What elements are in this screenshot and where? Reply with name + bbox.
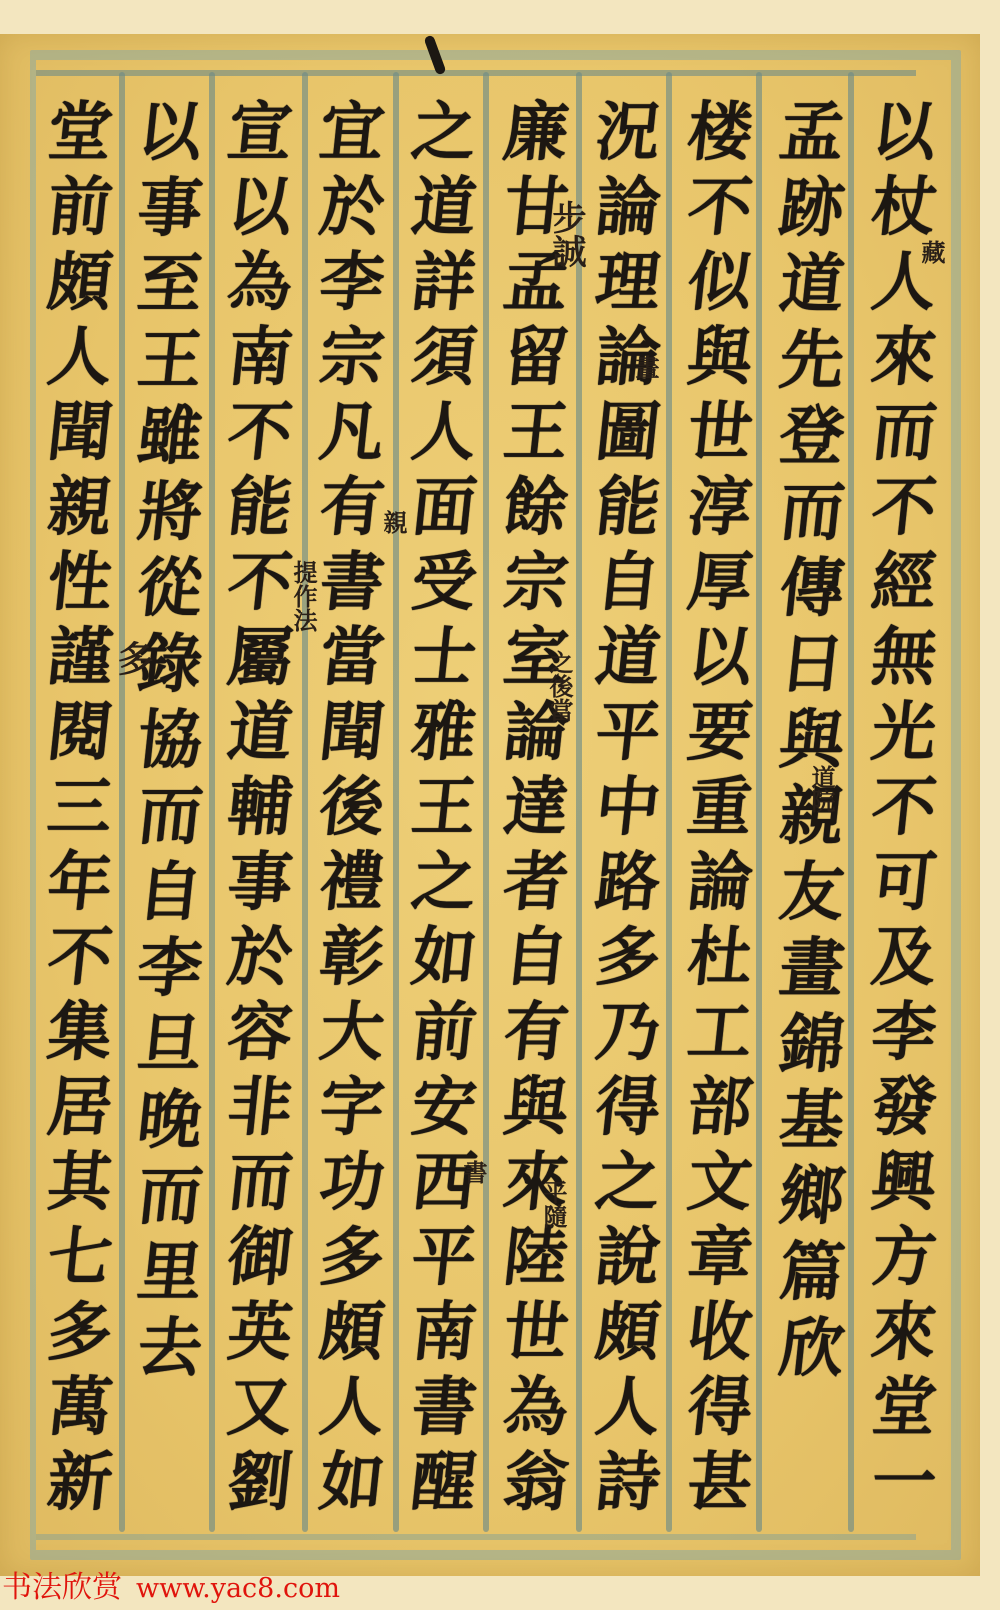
calligraphy-character: 篇 xyxy=(776,1235,848,1311)
annotation: 提作法 xyxy=(290,560,316,632)
calligraphy-character: 多 xyxy=(44,1295,116,1370)
calligraphy-character: 雅 xyxy=(408,695,480,770)
calligraphy-character: 平 xyxy=(592,695,664,770)
calligraphy-character: 多 xyxy=(592,920,664,995)
calligraphy-character: 當 xyxy=(316,620,388,695)
calligraphy-character: 平 xyxy=(408,1220,480,1295)
calligraphy-character: 日 xyxy=(776,627,848,703)
calligraphy-character: 不 xyxy=(868,470,940,545)
calligraphy-character: 世 xyxy=(684,395,756,470)
calligraphy-character: 輔 xyxy=(224,770,296,845)
calligraphy-character: 收 xyxy=(684,1295,756,1370)
calligraphy-character: 經 xyxy=(868,545,940,620)
annotation: 道院 xyxy=(808,765,834,813)
calligraphy-character: 三 xyxy=(44,770,116,845)
annotation: 親 xyxy=(380,510,406,534)
calligraphy-character: 有 xyxy=(316,470,388,545)
watermark-url: www.yac8.com xyxy=(136,1573,340,1604)
calligraphy-character: 雖 xyxy=(134,399,206,475)
calligraphy-character: 聞 xyxy=(316,695,388,770)
calligraphy-character: 功 xyxy=(316,1145,388,1220)
calligraphy-character: 屬 xyxy=(224,620,296,695)
calligraphy-character: 與 xyxy=(500,1070,572,1145)
calligraphy-character: 王 xyxy=(134,323,206,399)
calligraphy-character: 不 xyxy=(868,770,940,845)
calligraphy-character: 李 xyxy=(868,995,940,1070)
calligraphy-character: 居 xyxy=(44,1070,116,1145)
calligraphy-character: 孟 xyxy=(776,95,848,171)
calligraphy-character: 年 xyxy=(44,845,116,920)
calligraphy-character: 晚 xyxy=(134,1083,206,1159)
calligraphy-character: 要 xyxy=(684,695,756,770)
calligraphy-character: 醒 xyxy=(408,1445,480,1520)
calligraphy-character: 書 xyxy=(408,1370,480,1445)
calligraphy-character: 自 xyxy=(134,855,206,931)
calligraphy-character: 前 xyxy=(408,995,480,1070)
column-rule xyxy=(302,72,308,1532)
calligraphy-character: 為 xyxy=(500,1370,572,1445)
calligraphy-character: 而 xyxy=(134,779,206,855)
calligraphy-character: 而 xyxy=(134,1159,206,1235)
calligraphy-character: 人 xyxy=(408,395,480,470)
calligraphy-character: 南 xyxy=(224,320,296,395)
calligraphy-character: 詳 xyxy=(408,245,480,320)
calligraphy-character: 論 xyxy=(684,845,756,920)
calligraphy-character: 似 xyxy=(684,245,756,320)
calligraphy-character: 友 xyxy=(776,855,848,931)
calligraphy-character: 宣 xyxy=(224,95,296,170)
calligraphy-character: 性 xyxy=(44,545,116,620)
calligraphy-character: 人 xyxy=(44,320,116,395)
calligraphy-character: 之 xyxy=(408,845,480,920)
calligraphy-character: 厚 xyxy=(684,545,756,620)
calligraphy-character: 來 xyxy=(868,320,940,395)
calligraphy-character: 又 xyxy=(224,1370,296,1445)
calligraphy-character: 於 xyxy=(224,920,296,995)
calligraphy-character: 與 xyxy=(684,320,756,395)
calligraphy-character: 受 xyxy=(408,545,480,620)
annotation: 多 xyxy=(120,640,146,676)
calligraphy-character: 部 xyxy=(684,1070,756,1145)
calligraphy-character: 萬 xyxy=(44,1370,116,1445)
calligraphy-character: 將 xyxy=(134,475,206,551)
calligraphy-character: 非 xyxy=(224,1070,296,1145)
text-column-9: 以事至王雖將從錄協而自李旦晚而里去 xyxy=(128,95,212,1387)
calligraphy-character: 可 xyxy=(868,845,940,920)
calligraphy-character: 得 xyxy=(592,1070,664,1145)
watermark: 书法欣赏www.yac8.com xyxy=(2,1570,340,1607)
calligraphy-character: 至 xyxy=(134,247,206,323)
annotation: 書 xyxy=(460,1160,486,1184)
calligraphy-character: 登 xyxy=(776,399,848,475)
calligraphy-character: 宗 xyxy=(316,320,388,395)
calligraphy-character: 楼 xyxy=(684,95,756,170)
calligraphy-character: 無 xyxy=(868,620,940,695)
calligraphy-character: 面 xyxy=(408,470,480,545)
calligraphy-character: 道 xyxy=(776,247,848,323)
calligraphy-character: 錦 xyxy=(776,1007,848,1083)
calligraphy-character: 人 xyxy=(316,1370,388,1445)
calligraphy-character: 杜 xyxy=(684,920,756,995)
calligraphy-character: 不 xyxy=(224,395,296,470)
calligraphy-character: 及 xyxy=(868,920,940,995)
calligraphy-character: 英 xyxy=(224,1295,296,1370)
calligraphy-character: 留 xyxy=(500,320,572,395)
calligraphy-character: 不 xyxy=(224,545,296,620)
calligraphy-character: 自 xyxy=(592,545,664,620)
calligraphy-character: 詩 xyxy=(592,1445,664,1520)
calligraphy-character: 一 xyxy=(868,1445,940,1520)
calligraphy-character: 集 xyxy=(44,995,116,1070)
calligraphy-character: 御 xyxy=(224,1220,296,1295)
calligraphy-character: 而 xyxy=(224,1145,296,1220)
calligraphy-character: 而 xyxy=(776,475,848,551)
annotation: 之後當 xyxy=(546,650,572,722)
calligraphy-character: 李 xyxy=(316,245,388,320)
text-column-4: 況論理論圖能自道平中路多乃得之說頗人詩 xyxy=(586,95,670,1520)
calligraphy-character: 有 xyxy=(500,995,572,1070)
calligraphy-character: 而 xyxy=(868,395,940,470)
calligraphy-character: 說 xyxy=(592,1220,664,1295)
calligraphy-character: 以 xyxy=(134,95,206,171)
calligraphy-character: 發 xyxy=(868,1070,940,1145)
calligraphy-character: 光 xyxy=(868,695,940,770)
calligraphy-character: 士 xyxy=(408,620,480,695)
calligraphy-character: 道 xyxy=(224,695,296,770)
calligraphy-character: 從 xyxy=(134,551,206,627)
watermark-site-name: 书法欣赏 xyxy=(2,1570,122,1605)
calligraphy-character: 甚 xyxy=(684,1445,756,1520)
calligraphy-character: 鄉 xyxy=(776,1159,848,1235)
calligraphy-character: 去 xyxy=(134,1311,206,1387)
calligraphy-character: 須 xyxy=(408,320,480,395)
calligraphy-character: 容 xyxy=(224,995,296,1070)
calligraphy-character: 不 xyxy=(44,920,116,995)
annotation: 藏 xyxy=(918,240,944,264)
calligraphy-character: 乃 xyxy=(592,995,664,1070)
calligraphy-character: 大 xyxy=(316,995,388,1070)
calligraphy-character: 多 xyxy=(316,1220,388,1295)
calligraphy-character: 欣 xyxy=(776,1311,848,1387)
calligraphy-character: 彰 xyxy=(316,920,388,995)
calligraphy-character: 章 xyxy=(684,1220,756,1295)
calligraphy-character: 淳 xyxy=(684,470,756,545)
calligraphy-character: 道 xyxy=(592,620,664,695)
calligraphy-character: 能 xyxy=(224,470,296,545)
calligraphy-character: 劉 xyxy=(224,1445,296,1520)
calligraphy-character: 得 xyxy=(684,1370,756,1445)
calligraphy-character: 後 xyxy=(316,770,388,845)
calligraphy-character: 宗 xyxy=(500,545,572,620)
calligraphy-character: 前 xyxy=(44,170,116,245)
calligraphy-character: 以 xyxy=(868,95,940,170)
calligraphy-character: 聞 xyxy=(44,395,116,470)
calligraphy-character: 書 xyxy=(316,545,388,620)
calligraphy-character: 圖 xyxy=(592,395,664,470)
calligraphy-character: 方 xyxy=(868,1220,940,1295)
calligraphy-character: 況 xyxy=(592,95,664,170)
calligraphy-character: 中 xyxy=(592,770,664,845)
calligraphy-character: 文 xyxy=(684,1145,756,1220)
calligraphy-character: 餘 xyxy=(500,470,572,545)
calligraphy-character: 如 xyxy=(408,920,480,995)
calligraphy-character: 工 xyxy=(684,995,756,1070)
calligraphy-character: 道 xyxy=(408,170,480,245)
calligraphy-character: 興 xyxy=(868,1145,940,1220)
calligraphy-character: 路 xyxy=(592,845,664,920)
calligraphy-character: 謹 xyxy=(44,620,116,695)
calligraphy-character: 之 xyxy=(592,1145,664,1220)
annotation: 平隨 xyxy=(540,1180,566,1228)
annotation: 畫 xyxy=(632,355,658,379)
text-column-6: 之道詳須人面受士雅王之如前安西平南書醒 xyxy=(402,95,486,1520)
calligraphy-character: 論 xyxy=(592,170,664,245)
calligraphy-character: 頗 xyxy=(592,1295,664,1370)
text-column-10: 堂前頗人聞親性謹閱三年不集居其七多萬新 xyxy=(38,95,122,1520)
calligraphy-character: 畫 xyxy=(776,931,848,1007)
calligraphy-character: 南 xyxy=(408,1295,480,1370)
calligraphy-character: 新 xyxy=(44,1445,116,1520)
text-column-8: 宣以為南不能不屬道輔事於容非而御英又劉 xyxy=(218,95,302,1520)
annotation: 步誠 xyxy=(548,200,584,268)
calligraphy-character: 來 xyxy=(868,1295,940,1370)
calligraphy-character: 能 xyxy=(592,470,664,545)
calligraphy-character: 閱 xyxy=(44,695,116,770)
calligraphy-character: 協 xyxy=(134,703,206,779)
calligraphy-character: 杖 xyxy=(868,170,940,245)
calligraphy-character: 李 xyxy=(134,931,206,1007)
calligraphy-character: 事 xyxy=(134,171,206,247)
calligraphy-character: 七 xyxy=(44,1220,116,1295)
calligraphy-character: 王 xyxy=(408,770,480,845)
calligraphy-character: 人 xyxy=(592,1370,664,1445)
calligraphy-character: 傳 xyxy=(776,551,848,627)
calligraphy-character: 王 xyxy=(500,395,572,470)
calligraphy-character: 之 xyxy=(408,95,480,170)
calligraphy-character: 陸 xyxy=(500,1220,572,1295)
calligraphy-character: 自 xyxy=(500,920,572,995)
calligraphy-character: 以 xyxy=(224,170,296,245)
calligraphy-character: 頗 xyxy=(44,245,116,320)
calligraphy-character: 翁 xyxy=(500,1445,572,1520)
calligraphy-character: 為 xyxy=(224,245,296,320)
calligraphy-character: 凡 xyxy=(316,395,388,470)
calligraphy-character: 世 xyxy=(500,1295,572,1370)
calligraphy-character: 旦 xyxy=(134,1007,206,1083)
calligraphy-character: 宜 xyxy=(316,95,388,170)
calligraphy-character: 親 xyxy=(44,470,116,545)
calligraphy-character: 者 xyxy=(500,845,572,920)
calligraphy-character: 其 xyxy=(44,1145,116,1220)
calligraphy-character: 以 xyxy=(684,620,756,695)
calligraphy-character: 頗 xyxy=(316,1295,388,1370)
calligraphy-character: 理 xyxy=(592,245,664,320)
text-column-3: 楼不似與世淳厚以要重論杜工部文章收得甚 xyxy=(678,95,762,1520)
calligraphy-character: 字 xyxy=(316,1070,388,1145)
text-column-2: 孟跡道先登而傳日與親友畫錦基鄉篇欣 xyxy=(770,95,854,1387)
calligraphy-character: 重 xyxy=(684,770,756,845)
text-column-1: 以杖人來而不經無光不可及李發興方來堂一 xyxy=(862,95,946,1520)
calligraphy-character: 廉 xyxy=(500,95,572,170)
calligraphy-character: 如 xyxy=(316,1445,388,1520)
calligraphy-character: 達 xyxy=(500,770,572,845)
text-column-7: 宜於李宗凡有書當聞後禮彰大字功多頗人如 xyxy=(310,95,394,1520)
text-column-5: 廉甘孟留王餘宗室論達者自有與來陸世為翁 xyxy=(494,95,578,1520)
calligraphy-character: 堂 xyxy=(868,1370,940,1445)
calligraphy-character: 基 xyxy=(776,1083,848,1159)
calligraphy-character: 事 xyxy=(224,845,296,920)
calligraphy-character: 禮 xyxy=(316,845,388,920)
calligraphy-character: 跡 xyxy=(776,171,848,247)
calligraphy-character: 里 xyxy=(134,1235,206,1311)
calligraphy-character: 不 xyxy=(684,170,756,245)
calligraphy-character: 堂 xyxy=(44,95,116,170)
calligraphy-character: 先 xyxy=(776,323,848,399)
calligraphy-character: 於 xyxy=(316,170,388,245)
calligraphy-character: 安 xyxy=(408,1070,480,1145)
